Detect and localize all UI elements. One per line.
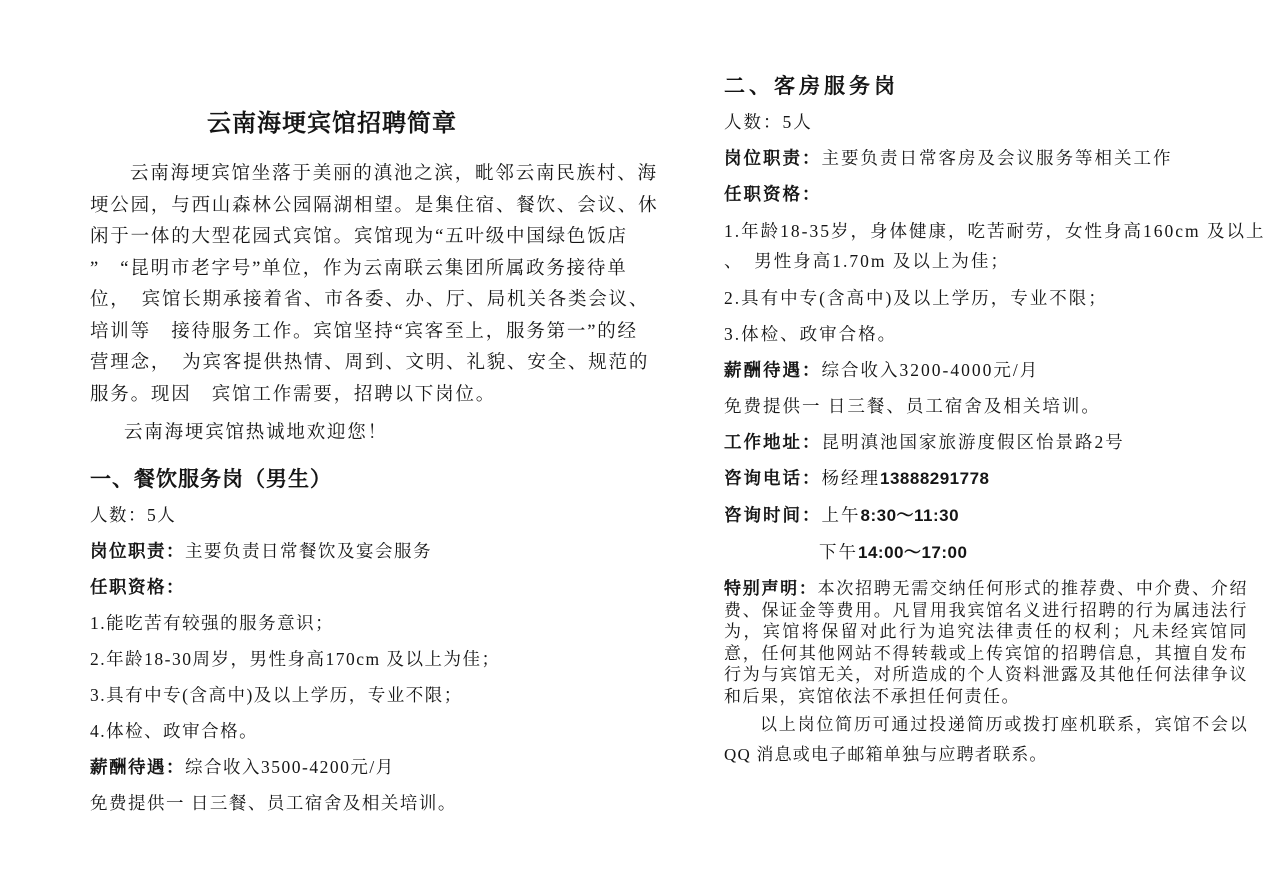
morning-hours: 8:30～11:30 (861, 506, 960, 525)
job1-heading: 一、餐饮服务岗（男生） (90, 461, 646, 497)
people-label: 人数： (724, 112, 783, 132)
afternoon-prefix: 下午 (819, 542, 858, 562)
intro-line: 闲于一体的大型花园式宾馆。宾馆现为“五叶级中国绿色饭店 (90, 222, 646, 254)
hours-label: 咨询时间： (724, 505, 822, 525)
work-address-line: 工作地址：昆明滇池国家旅游度假区怡景路2号 (724, 424, 1248, 460)
job2-qualification-1-line1: 1.年龄18-35岁，身体健康，吃苦耐劳，女性身高160cm 及以上 (724, 216, 1248, 246)
welcome-line: 云南海埂宾馆热诚地欢迎您！ (90, 418, 646, 450)
address-label: 工作地址： (724, 432, 822, 452)
people-value: 5人 (147, 505, 176, 525)
job2-duty-line: 岗位职责：主要负责日常客房及会议服务等相关工作 (724, 140, 1248, 176)
page-title: 云南海埂宾馆招聘简章 (90, 104, 574, 144)
job1-duty-line: 岗位职责：主要负责日常餐饮及宴会服务 (90, 533, 646, 569)
people-value: 5人 (783, 112, 813, 132)
intro-line: 位， 宾馆长期承接着省、市各委、办、厅、局机关各类会议、 (90, 285, 646, 317)
hours-morning-line: 咨询时间：上午8:30～11:30 (724, 497, 1248, 534)
intro-paragraph: 云南海埂宾馆坐落于美丽的滇池之滨，毗邻云南民族村、海 埂公园，与西山森林公园隔湖… (90, 159, 646, 411)
job1-salary-line: 薪酬待遇：综合收入3500-4200元/月 (90, 749, 646, 785)
phone-number: 13888291778 (880, 469, 990, 488)
address-text: 昆明滇池国家旅游度假区怡景路2号 (822, 432, 1125, 452)
intro-line: ” “昆明市老字号”单位，作为云南联云集团所属政务接待单 (90, 254, 646, 286)
job1-qualification-2: 2.年龄18-30周岁，男性身高170cm 及以上为佳； (90, 641, 646, 677)
intro-line: 埂公园，与西山森林公园隔湖相望。是集住宿、餐饮、会议、休 (90, 191, 646, 223)
job2-qualification-1: 1.年龄18-35岁，身体健康，吃苦耐劳，女性身高160cm 及以上 、 男性身… (724, 216, 1248, 276)
job2-qualification-3: 3.体检、政审合格。 (724, 316, 1248, 352)
right-column: 二、客房服务岗 人数：5人 岗位职责：主要负责日常客房及会议服务等相关工作 任职… (724, 68, 1248, 770)
salary-label: 薪酬待遇： (724, 360, 822, 380)
intro-line: 服务。现因 宾馆工作需要，招聘以下岗位。 (90, 380, 646, 412)
job2-qualification-2: 2.具有中专(含高中)及以上学历，专业不限； (724, 280, 1248, 316)
hours-afternoon-line: 下午14:00～17:00 (724, 534, 1248, 571)
special-notice-paragraph: 特别声明：本次招聘无需交纳任何形式的推荐费、中介费、介绍费、保证金等费用。凡冒用… (724, 578, 1248, 707)
intro-line: 营理念， 为宾客提供热情、周到、文明、礼貌、安全、规范的 (90, 348, 646, 380)
contact-person: 杨经理 (822, 468, 881, 488)
special-notice-label: 特别声明： (724, 579, 818, 598)
afternoon-hours: 14:00～17:00 (858, 543, 967, 562)
job1-qualification-1: 1.能吃苦有较强的服务意识； (90, 605, 646, 641)
phone-line: 咨询电话：杨经理13888291778 (724, 460, 1248, 497)
job1-people-line: 人数：5人 (90, 497, 646, 533)
salary-text: 综合收入3500-4200元/月 (185, 757, 395, 777)
duty-text: 主要负责日常餐饮及宴会服务 (185, 541, 432, 561)
duty-text: 主要负责日常客房及会议服务等相关工作 (822, 148, 1173, 168)
salary-text: 综合收入3200-4000元/月 (822, 360, 1040, 380)
job1-benefits-line: 免费提供一 日三餐、员工宿舍及相关培训。 (90, 785, 646, 821)
job1-qualification-3: 3.具有中专(含高中)及以上学历，专业不限； (90, 677, 646, 713)
intro-line: 培训等 接待服务工作。宾馆坚持“宾客至上，服务第一”的经 (90, 317, 646, 349)
phone-label: 咨询电话： (724, 468, 822, 488)
job1-qualification-4: 4.体检、政审合格。 (90, 713, 646, 749)
job2-benefits-line: 免费提供一 日三餐、员工宿舍及相关培训。 (724, 388, 1248, 424)
followup-paragraph: 以上岗位简历可通过投递简历或拨打座机联系，宾馆不会以QQ 消息或电子邮箱单独与应… (724, 710, 1248, 770)
job2-salary-line: 薪酬待遇：综合收入3200-4000元/月 (724, 352, 1248, 388)
job2-heading: 二、客房服务岗 (724, 68, 1248, 104)
recruitment-document-page: 云南海埂宾馆招聘简章 云南海埂宾馆坐落于美丽的滇池之滨，毗邻云南民族村、海 埂公… (0, 0, 1267, 895)
people-label: 人数： (90, 505, 147, 525)
duty-label: 岗位职责： (724, 148, 822, 168)
job2-people-line: 人数：5人 (724, 104, 1248, 140)
salary-label: 薪酬待遇： (90, 757, 185, 777)
job1-qualification-label: 任职资格： (90, 569, 646, 605)
left-column: 云南海埂宾馆招聘简章 云南海埂宾馆坐落于美丽的滇池之滨，毗邻云南民族村、海 埂公… (90, 104, 646, 821)
duty-label: 岗位职责： (90, 541, 185, 561)
intro-line: 云南海埂宾馆坐落于美丽的滇池之滨，毗邻云南民族村、海 (90, 159, 646, 191)
job2-qualification-label: 任职资格： (724, 176, 1248, 212)
job2-qualification-1-line2: 、 男性身高1.70m 及以上为佳； (724, 246, 1248, 276)
morning-prefix: 上午 (822, 505, 861, 525)
